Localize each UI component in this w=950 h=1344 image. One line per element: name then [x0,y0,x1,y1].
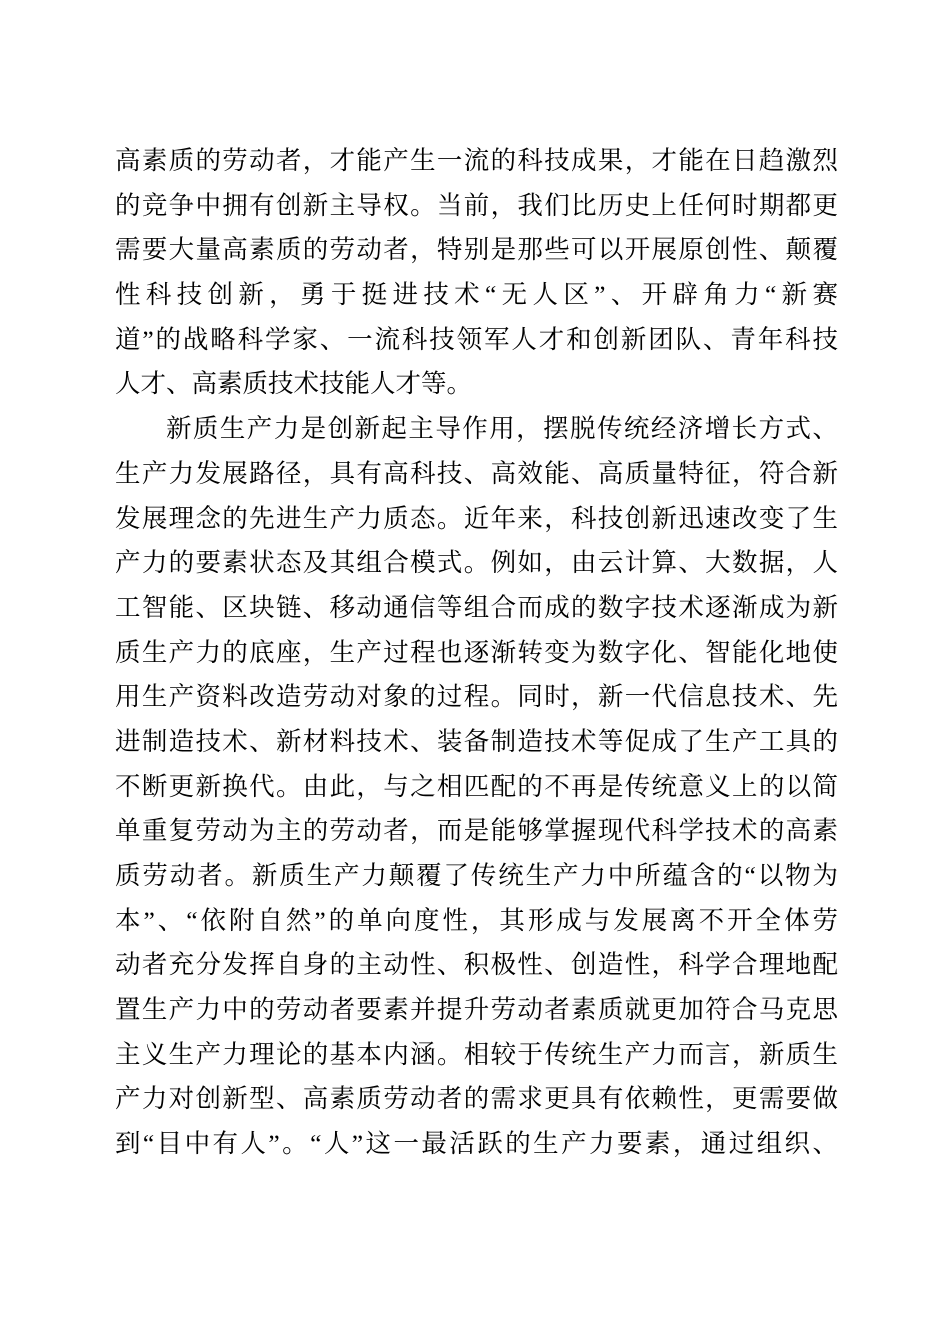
text-line: 新质生产力是创新起主导作用，摆脱传统经济增长方式、 [115,407,838,452]
text-line: 发展理念的先进生产力质态。近年来，科技创新迅速改变了生 [115,497,838,542]
paragraph: 高素质的劳动者，才能产生一流的科技成果，才能在日趋激烈的竞争中拥有创新主导权。当… [115,139,838,407]
text-line: 产力对创新型、高素质劳动者的需求更具有依赖性，更需要做 [115,1077,838,1122]
document-body: 高素质的劳动者，才能产生一流的科技成果，才能在日趋激烈的竞争中拥有创新主导权。当… [115,139,838,1167]
text-line: 不断更新换代。由此，与之相匹配的不再是传统意义上的以简 [115,765,838,810]
text-line: 人才、高素质技术技能人才等。 [115,362,838,407]
text-line: 置生产力中的劳动者要素并提升劳动者素质就更加符合马克思 [115,988,838,1033]
text-line: 生产力发展路径，具有高科技、高效能、高质量特征，符合新 [115,452,838,497]
text-line: 动者充分发挥自身的主动性、积极性、创造性，科学合理地配 [115,943,838,988]
paragraph: 新质生产力是创新起主导作用，摆脱传统经济增长方式、生产力发展路径，具有高科技、高… [115,407,838,1167]
text-line: 性科技创新，勇于挺进技术“无人区”、开辟角力“新赛 [115,273,838,318]
text-line: 单重复劳动为主的劳动者，而是能够掌握现代科学技术的高素 [115,809,838,854]
text-line: 需要大量高素质的劳动者，特别是那些可以开展原创性、颠覆 [115,228,838,273]
text-line: 进制造技术、新材料技术、装备制造技术等促成了生产工具的 [115,720,838,765]
text-line: 产力的要素状态及其组合模式。例如，由云计算、大数据，人 [115,541,838,586]
text-line: 道”的战略科学家、一流科技领军人才和创新团队、青年科技 [115,318,838,363]
text-line: 主义生产力理论的基本内涵。相较于传统生产力而言，新质生 [115,1033,838,1078]
text-line: 用生产资料改造劳动对象的过程。同时，新一代信息技术、先 [115,675,838,720]
text-line: 工智能、区块链、移动通信等组合而成的数字技术逐渐成为新 [115,586,838,631]
text-line: 到“目中有人”。“人”这一最活跃的生产力要素，通过组织、 [115,1122,838,1167]
text-line: 的竞争中拥有创新主导权。当前，我们比历史上任何时期都更 [115,184,838,229]
text-line: 高素质的劳动者，才能产生一流的科技成果，才能在日趋激烈 [115,139,838,184]
document-page: 高素质的劳动者，才能产生一流的科技成果，才能在日趋激烈的竞争中拥有创新主导权。当… [0,0,950,1344]
text-line: 质劳动者。新质生产力颠覆了传统生产力中所蕴含的“以物为 [115,854,838,899]
text-line: 本”、“依附自然”的单向度性，其形成与发展离不开全体劳 [115,899,838,944]
text-line: 质生产力的底座，生产过程也逐渐转变为数字化、智能化地使 [115,631,838,676]
